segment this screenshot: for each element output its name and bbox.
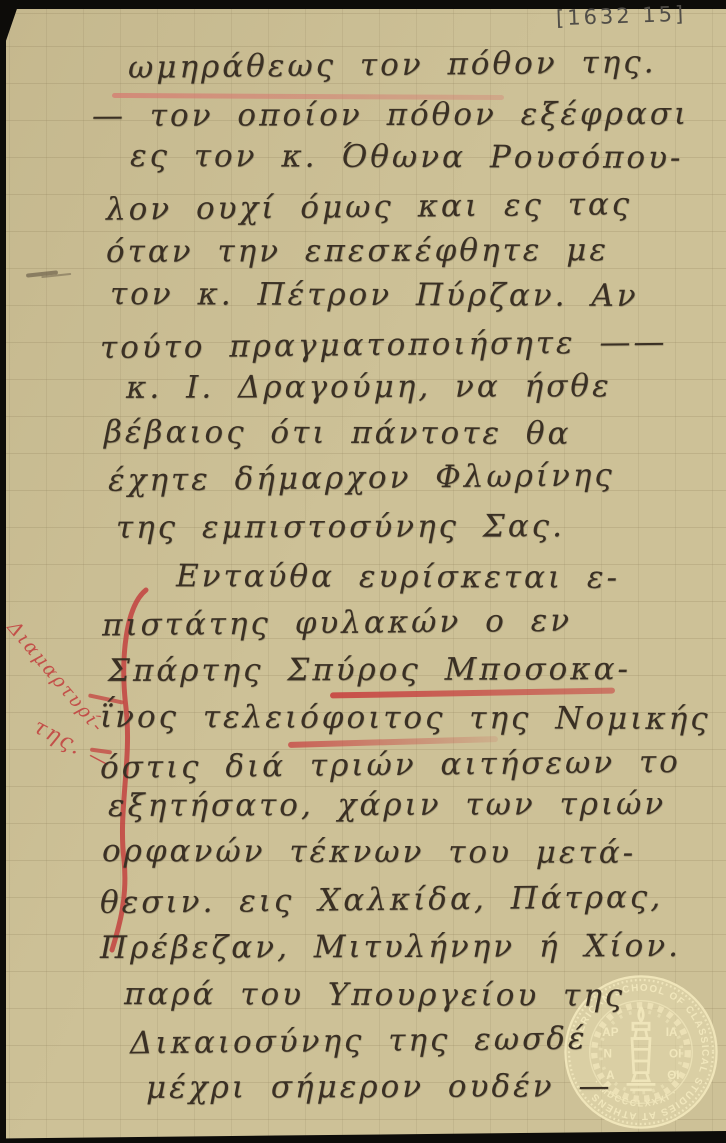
manuscript-line-11: της εμπιστοσύνης Σας. (116, 511, 565, 544)
manuscript-line-8: κ. Ι. Δραγούμη, να ήσθε (126, 371, 612, 404)
manuscript-line-10: έχητε δήμαρχον Φλωρίνης (108, 460, 615, 496)
manuscript-line-5: όταν την επεσκέφθητε με (106, 235, 609, 268)
manuscript-line-14: Σπάρτης Σπύρος Μποσοκα- (108, 654, 631, 687)
manuscript-line-1: ωμηράθεως τον πόθον της. (128, 47, 657, 84)
manuscript-line-12: Ενταύθα ευρίσκεται ε- (176, 561, 620, 594)
manuscript-line-6: τον κ. Πέτρον Πύρζαν. Αν (110, 279, 639, 312)
manuscript-line-9: βέβαιος ότι πάντοτε θα (104, 417, 572, 450)
manuscript-line-3: ες τον κ. Όθωνα Ρουσόπου- (130, 141, 684, 174)
catalog-number: [1632 15] (556, 2, 687, 31)
manuscript-line-22: Δικαιοσύνης της εωσδέ (130, 1024, 588, 1060)
manuscript-text-block: ωμηράθεως τον πόθον της.— τον οποίον πόθ… (0, 0, 726, 1143)
manuscript-line-4: λον ουχί όμως και ες τας (106, 189, 632, 226)
scanned-manuscript-page: [1632 15] AMERICAN SCHOOL OF CLASSICAL S… (0, 0, 726, 1143)
manuscript-line-13: πιστάτης φυλακών ο εν (102, 606, 572, 642)
manuscript-line-16: όστις διά τριών αιτήσεων το (100, 747, 681, 784)
manuscript-line-15: ΐνος τελειόφοιτος της Νομικής (100, 702, 711, 735)
manuscript-line-19: θεσιν. εις Χαλκίδα, Πάτρας, (100, 882, 663, 919)
manuscript-line-23: μέχρι σήμερον ουδέν — (146, 1071, 613, 1104)
manuscript-line-21: παρά του Υπουργείου της (124, 979, 625, 1012)
manuscript-line-20: Πρέβεζαν, Μιτυλήνην ή Χίον. (100, 931, 681, 964)
manuscript-line-18: ορφανών τέκνων του μετά- (102, 836, 636, 869)
manuscript-line-7: τούτο πραγματοποιήσητε —— (100, 327, 668, 364)
manuscript-line-17: εξητήσατο, χάριν των τριών (108, 789, 666, 822)
manuscript-line-2: — τον οποίον πόθον εξέφρασι (92, 99, 689, 132)
